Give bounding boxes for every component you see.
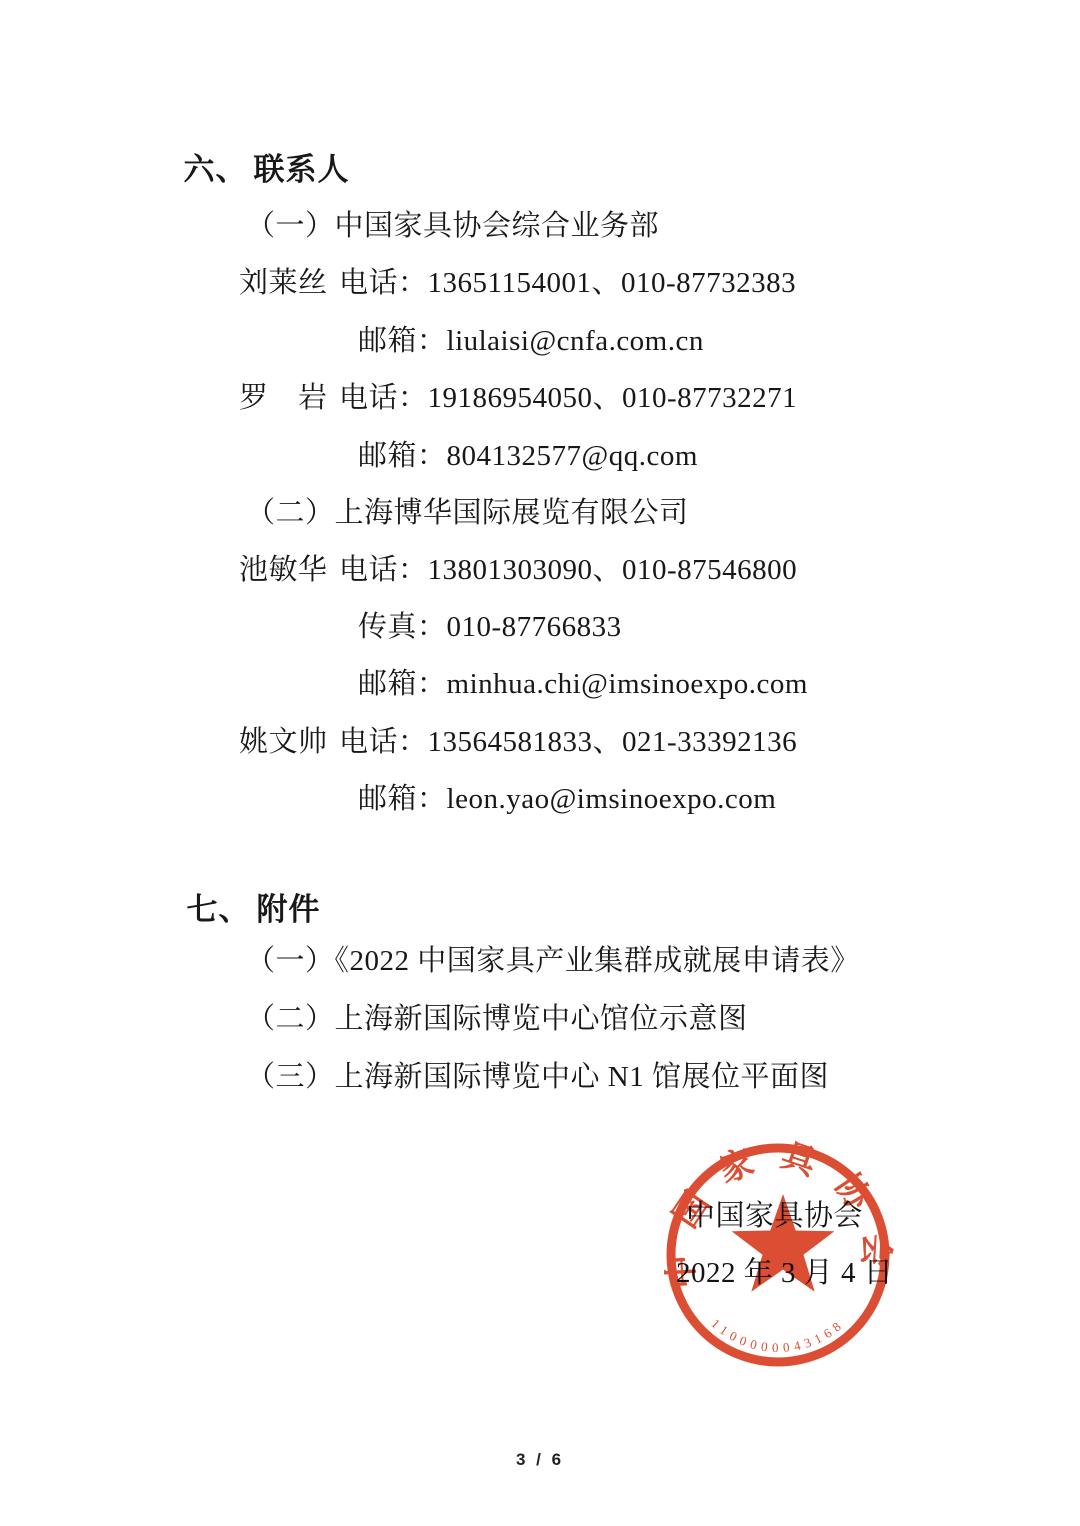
document-page: 六、联系人 （一）中国家具协会综合业务部 刘莱丝电话：13651154001、0… — [0, 0, 1080, 1526]
email-label: 邮箱： — [358, 783, 447, 815]
email-line: 邮箱：leon.yao@imsinoexpo.com — [327, 745, 776, 854]
official-seal-stamp: 中国家具协会 1100000043168 — [643, 1120, 913, 1390]
email-value: leon.yao@imsinoexpo.com — [447, 783, 777, 815]
contact-name: 池敏华 — [239, 552, 339, 588]
contact-name: 刘莱丝 — [239, 265, 339, 301]
contact-name: 姚文帅 — [239, 724, 339, 760]
contact-name: 罗 岩 — [239, 380, 339, 416]
attachment-text: （三）上海新国际博览中心 N1 馆展位平面图 — [246, 1061, 829, 1093]
seal-star-icon — [732, 1194, 835, 1292]
page-number: 3 / 6 — [0, 1450, 1080, 1470]
attachment-item: （三）上海新国际博览中心 N1 馆展位平面图 — [215, 1023, 829, 1132]
